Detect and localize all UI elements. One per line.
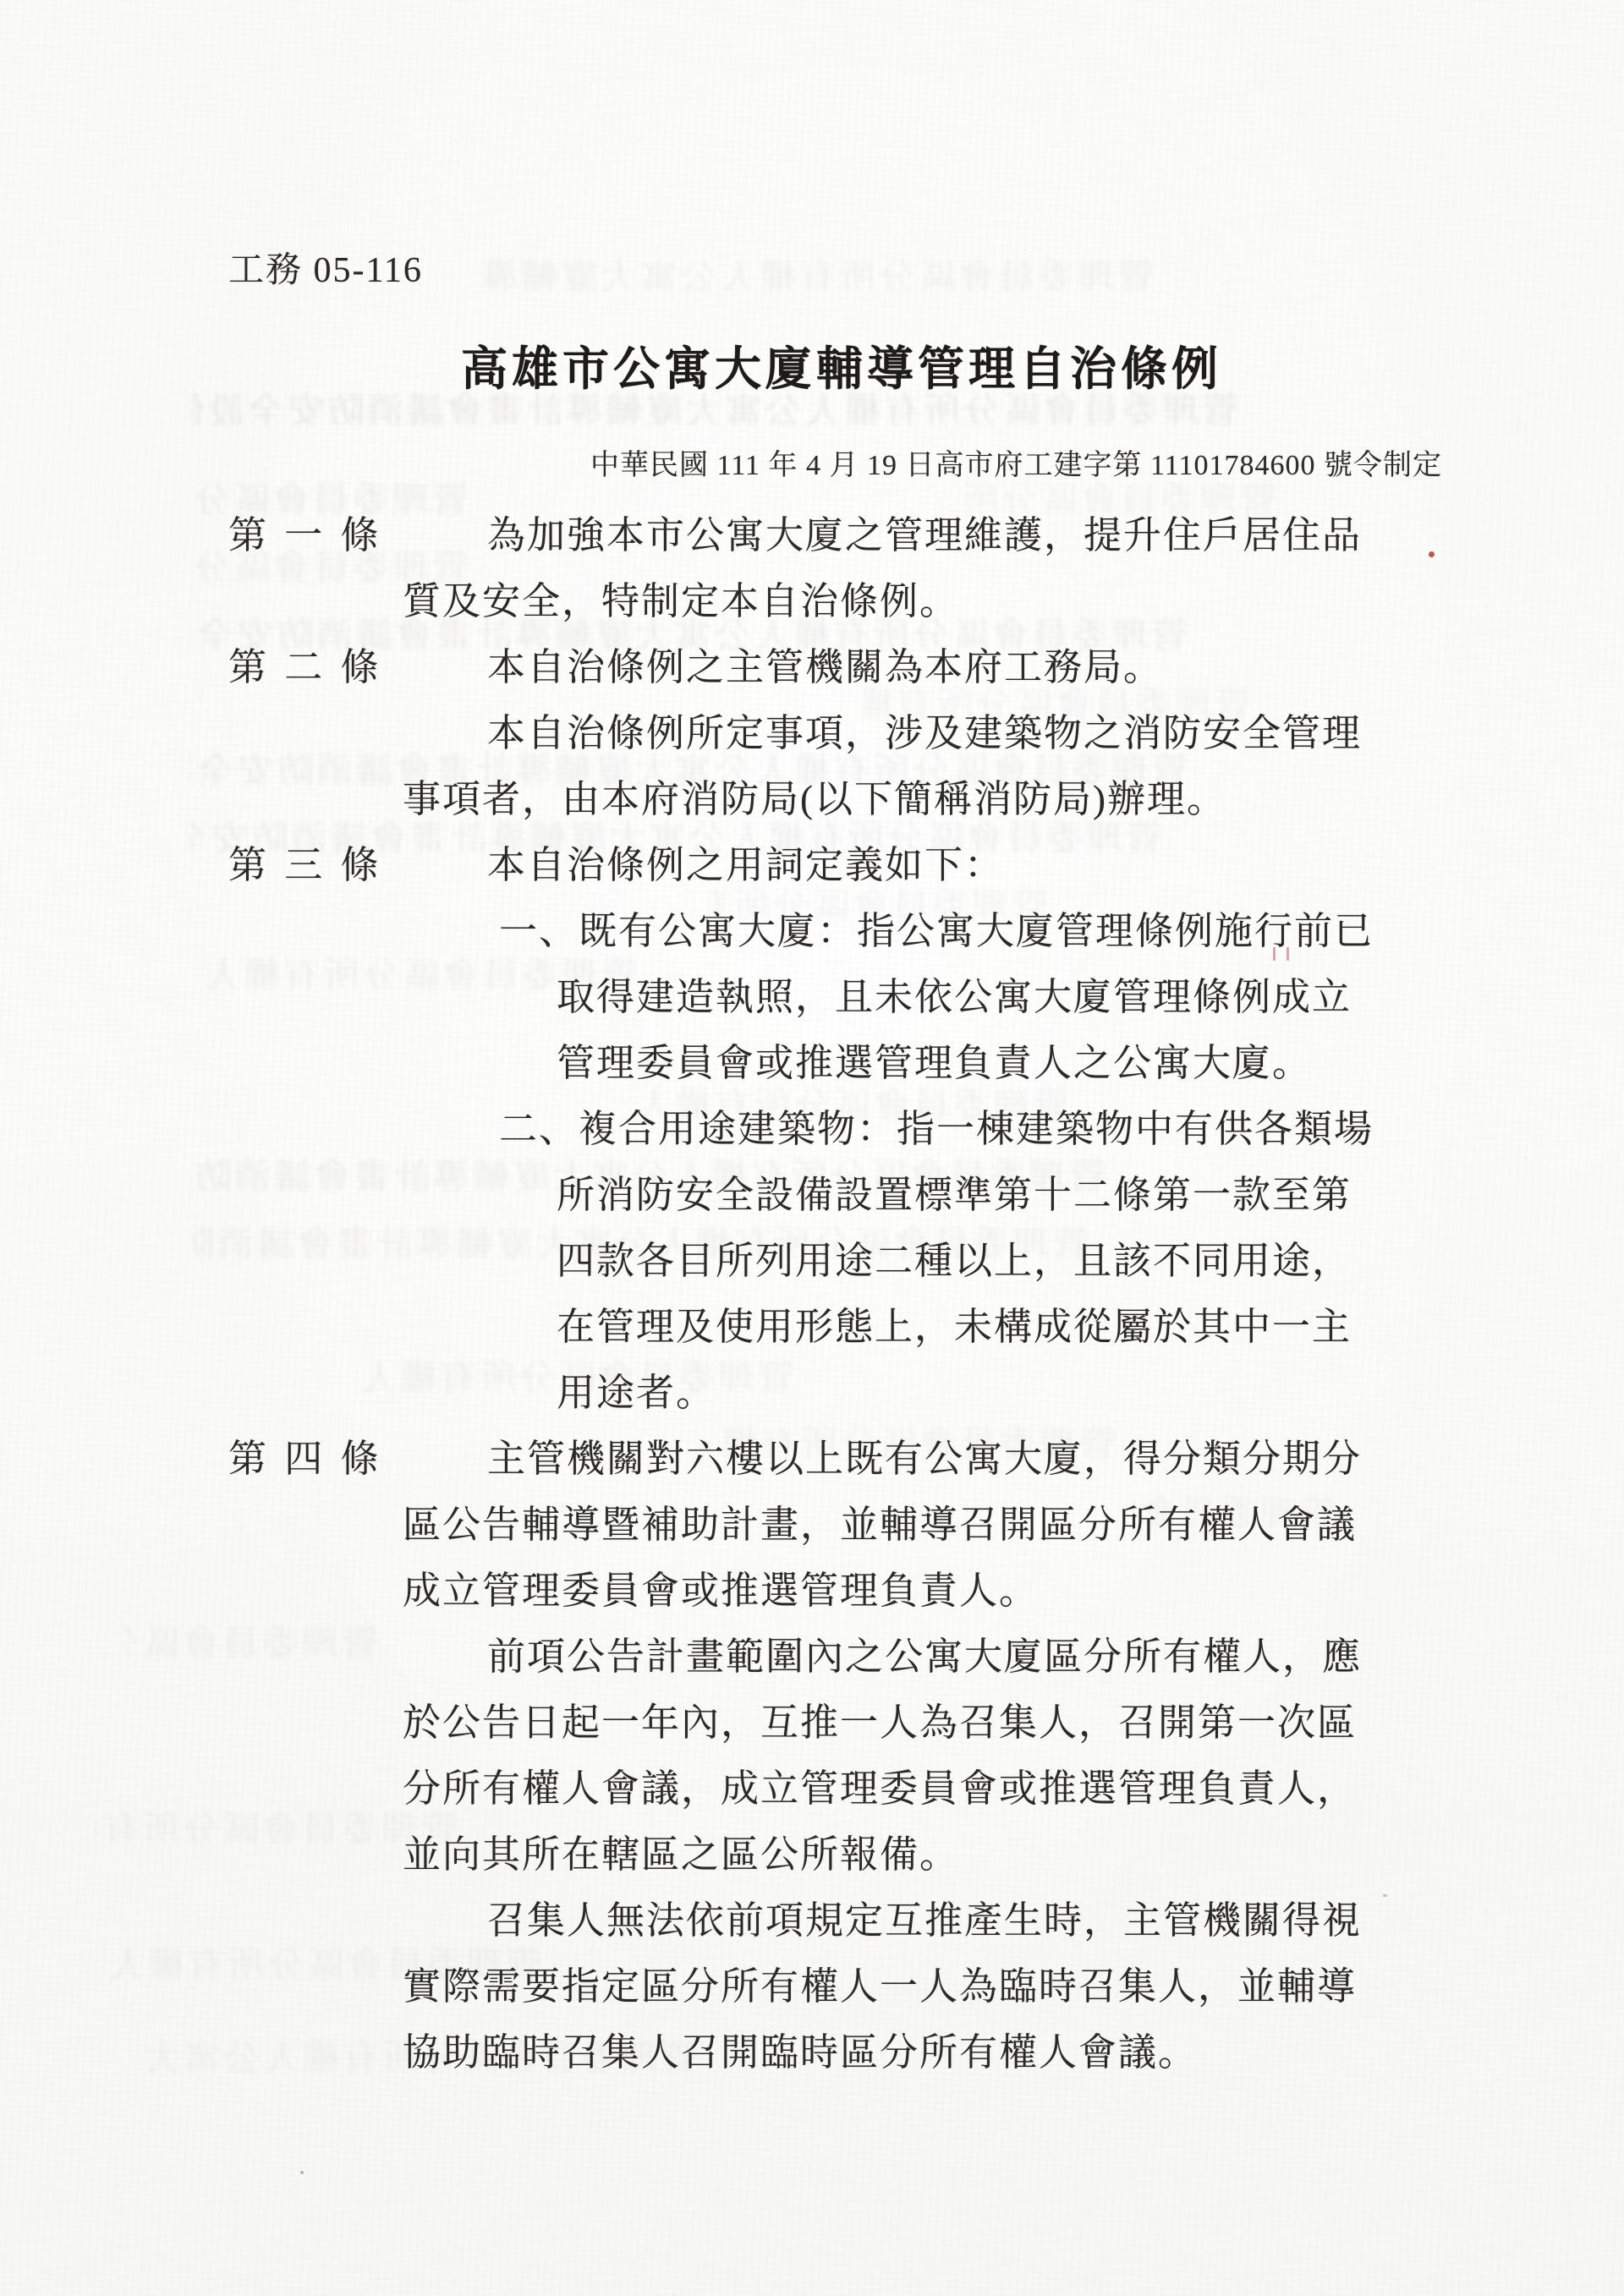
body-line: 並向其所在轄區之區公所報備。 <box>0 1823 1624 1889</box>
body-line-text: 為加強本市公寓大廈之管理維護，提升住戶居住品 <box>487 504 1362 559</box>
article-number: 第 一 條 <box>228 504 381 559</box>
body-line-text: 用途者。 <box>557 1362 716 1417</box>
document-title: 高雄市公寓大廈輔導管理自治條例 <box>461 332 1222 398</box>
bleedthrough-line: 管理委員會區分所有權人公寓大廈輔導計畫會議消防安全設備 <box>478 247 1155 291</box>
body-line: 本自治條例所定事項，涉及建築物之消防安全管理 <box>0 702 1624 768</box>
body-line-text: 本自治條例之用詞定義如下： <box>487 834 1004 889</box>
body-line-text: 於公告日起一年內，互推一人為召集人，召開第一次區 <box>403 1691 1357 1746</box>
body-line: 第 二 條本自治條例之主管機關為本府工務局。 <box>0 636 1624 702</box>
body-line-text: 取得建造執照，且未依公寓大廈管理條例成立 <box>557 966 1352 1021</box>
body-line: 所消防安全設備設置標準第十二條第一款至第 <box>0 1164 1624 1230</box>
body-line: 管理委員會或推選管理負責人之公寓大廈。 <box>0 1032 1624 1098</box>
promulgation-line: 中華民國 111 年 4 月 19 日高市府工建字第 11101784600 號… <box>590 441 1442 483</box>
body-line-text: 分所有權人會議，成立管理委員會或推選管理負責人， <box>403 1757 1357 1812</box>
body-line: 前項公告計畫範圍內之公寓大廈區分所有權人，應 <box>0 1625 1624 1691</box>
body-line-text: 二、複合用途建築物：指一棟建築物中有供各類場 <box>499 1098 1374 1153</box>
body-line: 區公告輔導暨補助計畫，並輔導召開區分所有權人會議 <box>0 1493 1624 1559</box>
body-line: 第 一 條為加強本市公寓大廈之管理維護，提升住戶居住品 <box>0 504 1624 570</box>
body-line: 分所有權人會議，成立管理委員會或推選管理負責人， <box>0 1757 1624 1823</box>
body-line: 協助臨時召集人召開臨時區分所有權人會議。 <box>0 2021 1624 2087</box>
body-line: 質及安全，特制定本自治條例。 <box>0 570 1624 636</box>
body-line-text: 實際需要指定區分所有權人一人為臨時召集人，並輔導 <box>403 1955 1357 2010</box>
body-line-text: 管理委員會或推選管理負責人之公寓大廈。 <box>557 1032 1312 1087</box>
body-line: 用途者。 <box>0 1362 1624 1427</box>
body-line-text: 協助臨時召集人召開臨時區分所有權人會議。 <box>403 2021 1198 2076</box>
article-number: 第 二 條 <box>228 636 381 691</box>
body-line: 取得建造執照，且未依公寓大廈管理條例成立 <box>0 966 1624 1032</box>
body-line-text: 質及安全，特制定本自治條例。 <box>403 570 959 625</box>
body-line-text: 成立管理委員會或推選管理負責人。 <box>403 1559 1039 1614</box>
body-line: 在管理及使用形態上，未構成從屬於其中一主 <box>0 1296 1624 1362</box>
body-line: 事項者，由本府消防局(以下簡稱消防局)辦理。 <box>0 768 1624 834</box>
body-line: 一、既有公寓大廈：指公寓大廈管理條例施行前已 <box>0 900 1624 966</box>
body-line-text: 事項者，由本府消防局(以下簡稱消防局)辦理。 <box>403 768 1226 823</box>
body-line-text: 並向其所在轄區之區公所報備。 <box>403 1823 959 1878</box>
article-number: 第 三 條 <box>228 834 381 889</box>
body-line: 於公告日起一年內，互推一人為召集人，召開第一次區 <box>0 1691 1624 1757</box>
body-line-text: 召集人無法依前項規定互推產生時，主管機關得視 <box>487 1889 1362 1944</box>
body-line: 召集人無法依前項規定互推產生時，主管機關得視 <box>0 1889 1624 1955</box>
body-line-text: 四款各目所列用途二種以上，且該不同用途， <box>557 1230 1352 1285</box>
body-line-text: 本自治條例之主管機關為本府工務局。 <box>487 636 1163 691</box>
body-line-text: 所消防安全設備設置標準第十二條第一款至第 <box>557 1164 1352 1219</box>
body-line-text: 本自治條例所定事項，涉及建築物之消防安全管理 <box>487 702 1362 757</box>
scanned-document-page: 工務 05-116 高雄市公寓大廈輔導管理自治條例 中華民國 111 年 4 月… <box>0 0 1624 2296</box>
body-line-text: 在管理及使用形態上，未構成從屬於其中一主 <box>557 1296 1352 1351</box>
article-number: 第 四 條 <box>228 1427 381 1482</box>
body-line-text: 一、既有公寓大廈：指公寓大廈管理條例施行前已 <box>499 900 1374 955</box>
body-line-text: 區公告輔導暨補助計畫，並輔導召開區分所有權人會議 <box>403 1493 1357 1548</box>
body-line-text: 前項公告計畫範圍內之公寓大廈區分所有權人，應 <box>487 1625 1362 1680</box>
body-line: 第 三 條本自治條例之用詞定義如下： <box>0 834 1624 900</box>
body-line: 二、複合用途建築物：指一棟建築物中有供各類場 <box>0 1098 1624 1164</box>
body-line: 實際需要指定區分所有權人一人為臨時召集人，並輔導 <box>0 1955 1624 2021</box>
body-line: 四款各目所列用途二種以上，且該不同用途， <box>0 1230 1624 1296</box>
body-line: 成立管理委員會或推選管理負責人。 <box>0 1559 1624 1625</box>
document-number: 工務 05-116 <box>228 242 423 293</box>
body-line: 第 四 條主管機關對六樓以上既有公寓大廈，得分類分期分 <box>0 1427 1624 1493</box>
body-line-text: 主管機關對六樓以上既有公寓大廈，得分類分期分 <box>487 1427 1362 1482</box>
scan-speck <box>300 2171 304 2174</box>
